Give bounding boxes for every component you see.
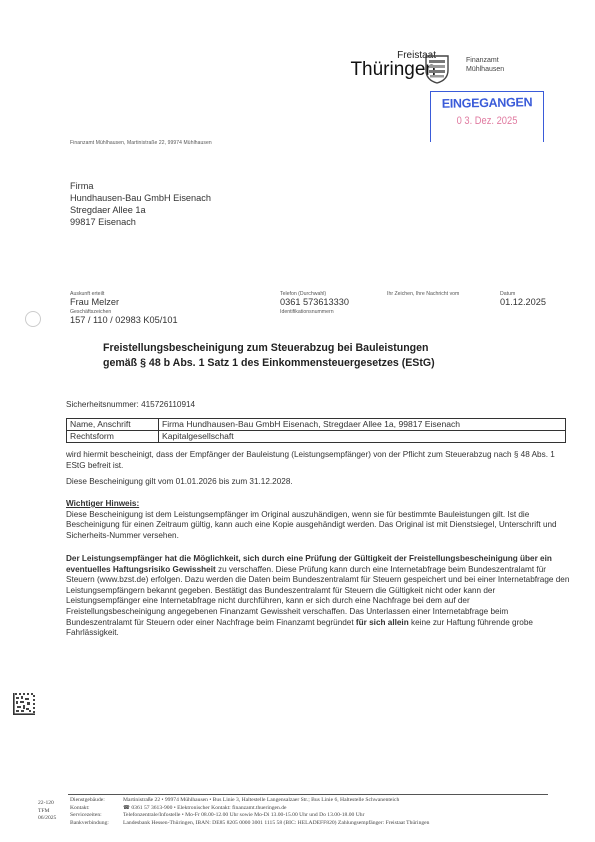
validity-statement: Diese Bescheinigung gilt vom 01.01.2026 … bbox=[66, 477, 571, 488]
footer-row-service-hours: Servicezeiten: Telefonzentrale/Infostell… bbox=[70, 812, 570, 820]
footer-divider bbox=[68, 794, 548, 795]
date-value: 01.12.2025 bbox=[500, 297, 546, 308]
exemption-statement: wird hiermit bescheinigt, dass der Empfä… bbox=[66, 450, 571, 471]
table-row: Name, Anschrift Firma Hundhausen-Bau Gmb… bbox=[67, 419, 566, 431]
your-reference-label: Ihr Zeichen, Ihre Nachricht vom bbox=[387, 291, 459, 297]
table-row: Rechtsform Kapitalgesellschaft bbox=[67, 431, 566, 443]
date-block: Datum 01.12.2025 bbox=[500, 291, 546, 308]
contact-block: Auskunft erteilt Frau Melzer Geschäftsze… bbox=[70, 291, 178, 326]
footer-row-building: Dienstgebäude: Martinistraße 22 • 99974 … bbox=[70, 797, 570, 805]
notice-heading: Wichtiger Hinweis: bbox=[66, 499, 571, 510]
id-label: Identifikationsnummern bbox=[280, 309, 349, 315]
stamp-date: 0 3. Dez. 2025 bbox=[439, 115, 534, 127]
footer-info: Dienstgebäude: Martinistraße 22 • 99974 … bbox=[70, 797, 570, 827]
form-codes: 22-120 TFM 06/2025 bbox=[38, 800, 56, 823]
received-stamp: EINGEGANGEN 0 3. Dez. 2025 bbox=[430, 91, 544, 142]
tax-office-name: Finanzamt Mühlhausen bbox=[466, 56, 504, 74]
phone-value: 0361 573613330 bbox=[280, 297, 349, 308]
footer-row-bank: Bankverbindung: Landesbank Hessen-Thürin… bbox=[70, 820, 570, 828]
reference-value: 157 / 110 / 02983 K05/101 bbox=[70, 315, 178, 326]
punch-hole-mark bbox=[25, 311, 41, 327]
security-number: Sicherheitsnummer: 415726110914 bbox=[66, 400, 195, 411]
contact-value: Frau Melzer bbox=[70, 297, 178, 308]
state-name-large: Thüringen bbox=[324, 61, 436, 79]
verification-paragraph: Der Leistungsempfänger hat die Möglichke… bbox=[66, 554, 571, 639]
sender-line: Finanzamt Mühlhausen, Martinistraße 22, … bbox=[70, 140, 212, 146]
important-notice: Wichtiger Hinweis: Diese Bescheinigung i… bbox=[66, 499, 571, 541]
document-title: Freistellungsbescheinigung zum Steuerabz… bbox=[103, 341, 435, 371]
certificate-table: Name, Anschrift Firma Hundhausen-Bau Gmb… bbox=[66, 418, 566, 443]
datamatrix-code-icon bbox=[13, 693, 35, 715]
notice-text: Diese Bescheinigung ist dem Leistungsemp… bbox=[66, 510, 571, 542]
phone-block: Telefon (Durchwahl) 0361 573613330 Ident… bbox=[280, 291, 349, 315]
recipient-address: Firma Hundhausen-Bau GmbH Eisenach Streg… bbox=[70, 180, 211, 228]
stamp-label: EINGEGANGEN bbox=[431, 95, 543, 111]
coat-of-arms-icon bbox=[424, 54, 450, 84]
